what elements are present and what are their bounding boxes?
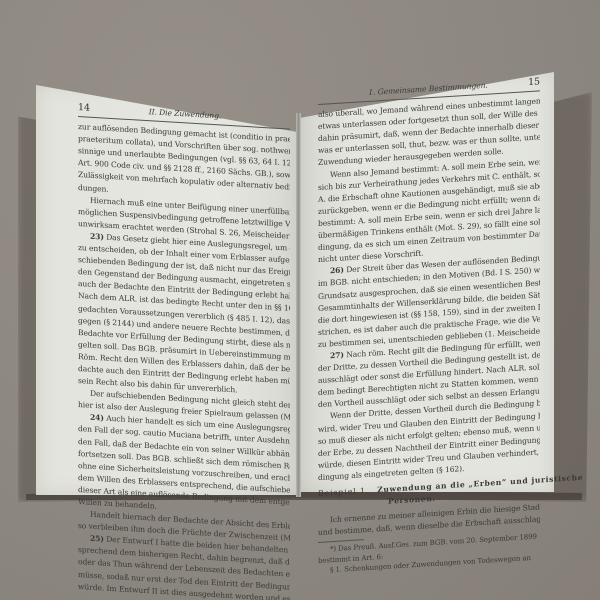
note-number: 23) [90, 232, 104, 242]
page-number-left: 14 [78, 102, 90, 115]
example-label: Beispiel 1. [318, 486, 369, 498]
left-body-text: zur auflösenden Bedingung gemacht ist (c… [78, 121, 290, 600]
page-number-right: 15 [528, 76, 540, 89]
note-number: 25) [90, 534, 104, 544]
book-spine-gutter [296, 113, 301, 497]
chapter-title-left: II. Die Zuwendung. [149, 106, 221, 122]
right-page-text: 1. Gemeinsame Bestimmungen. 15 also über… [318, 76, 540, 576]
left-page-text: 14 II. Die Zuwendung. zur auflösenden Be… [78, 102, 290, 600]
note-number: 26) [330, 266, 344, 276]
note-number: 27) [330, 350, 344, 360]
note-number: 24) [90, 413, 104, 423]
chapter-title-right: 1. Gemeinsame Bestimmungen. [368, 80, 487, 99]
footnote: *) Das Preuß. Ausf.Ges. zum BGB. vom 20.… [318, 532, 540, 577]
right-body-text: also überall, wo Jemand während eines un… [318, 96, 540, 484]
